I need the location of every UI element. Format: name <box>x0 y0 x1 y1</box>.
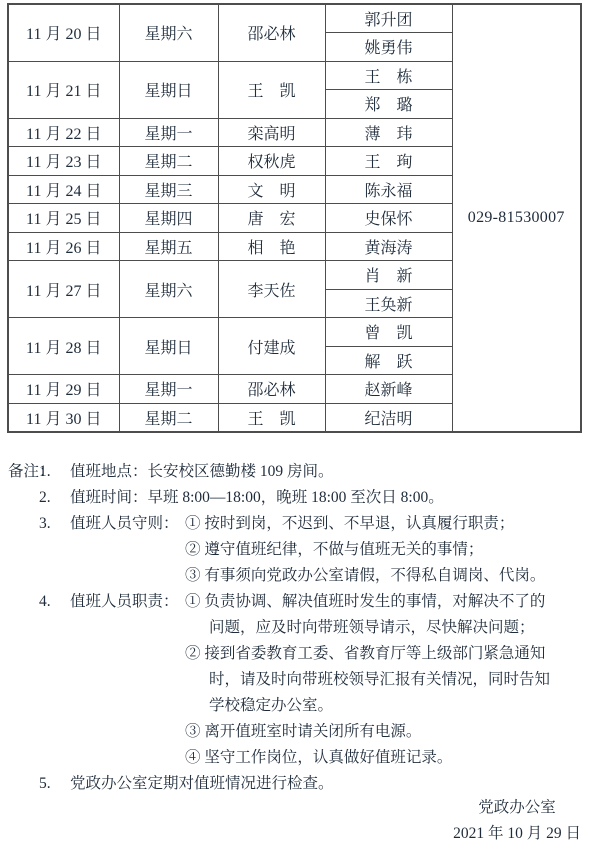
cell-date: 11 月 30 日 <box>8 403 119 432</box>
note-bullets: ① 按时到岗，不迟到、不早退，认真履行职责； ② 遵守值班纪律，不做与值班无关的… <box>185 511 557 589</box>
cell-duty-member: 纪洁明 <box>325 403 452 432</box>
cell-weekday: 星期六 <box>119 261 218 318</box>
bullet-item: ② 遵守值班纪律，不做与值班无关的事情； <box>185 537 557 563</box>
cell-weekday: 星期一 <box>119 375 218 404</box>
cell-date: 11 月 27 日 <box>8 261 119 318</box>
signature-date: 2021 年 10 月 29 日 <box>453 821 581 847</box>
cell-duty-leader: 邵必林 <box>218 375 325 404</box>
cell-duty-member: 曾 凯 <box>325 318 452 347</box>
cell-date: 11 月 21 日 <box>8 61 119 118</box>
note-number: 2. <box>39 485 70 511</box>
cell-duty-member: 姚勇伟 <box>325 33 452 62</box>
note-item-time: 2. 值班时间：早班 8:00—18:00，晚班 18:00 至次日 8:00。 <box>39 485 583 511</box>
cell-date: 11 月 20 日 <box>8 4 119 61</box>
note-text: 党政办公室定期对值班情况进行检查。 <box>70 771 583 797</box>
notes-label: 备注： <box>8 459 55 485</box>
note-text: 值班地点：长安校区德勤楼 109 房间。 <box>70 459 583 485</box>
cell-duty-member: 郑 璐 <box>325 90 452 119</box>
note-item-location: 1. 值班地点：长安校区德勤楼 109 房间。 <box>39 459 583 485</box>
cell-duty-member: 史保怀 <box>325 204 452 233</box>
cell-date: 11 月 25 日 <box>8 204 119 233</box>
cell-duty-member: 王 珣 <box>325 147 452 176</box>
cell-date: 11 月 29 日 <box>8 375 119 404</box>
cell-duty-leader: 邵必林 <box>218 4 325 61</box>
note-bullets: ① 负责协调、解决值班时发生的事情，对解决不了的问题，应及时向带班领导请示，尽快… <box>185 589 557 771</box>
note-number: 5. <box>39 771 70 797</box>
cell-date: 11 月 28 日 <box>8 318 119 375</box>
cell-date: 11 月 24 日 <box>8 175 119 204</box>
bullet-item: ④ 坚守工作岗位，认真做好值班记录。 <box>185 745 557 771</box>
duty-roster-page: 11 月 20 日 星期六 邵必林 郭升团 029-81530007 姚勇伟 1… <box>0 0 593 848</box>
cell-duty-member: 赵新峰 <box>325 375 452 404</box>
cell-weekday: 星期二 <box>119 403 218 432</box>
note-body: 值班人员守则： ① 按时到岗，不迟到、不早退，认真履行职责； ② 遵守值班纪律，… <box>70 511 583 589</box>
cell-duty-leader: 王 凯 <box>218 403 325 432</box>
cell-duty-leader: 文 明 <box>218 175 325 204</box>
cell-duty-leader: 付建成 <box>218 318 325 375</box>
cell-weekday: 星期二 <box>119 147 218 176</box>
cell-weekday: 星期四 <box>119 204 218 233</box>
signature-org: 党政办公室 <box>453 795 581 821</box>
note-label: 值班人员守则： <box>70 511 185 537</box>
cell-weekday: 星期五 <box>119 232 218 261</box>
signature-block: 党政办公室 2021 年 10 月 29 日 <box>453 795 581 847</box>
notes-list: 1. 值班地点：长安校区德勤楼 109 房间。 2. 值班时间：早班 8:00—… <box>39 459 583 797</box>
bullet-item: ② 接到省委教育工委、省教育厅等上级部门紧急通知时，请及时向带班校领导汇报有关情… <box>185 641 557 719</box>
bullet-item: ① 按时到岗，不迟到、不早退，认真履行职责； <box>185 511 557 537</box>
table-row: 11 月 20 日 星期六 邵必林 郭升团 029-81530007 <box>8 4 581 33</box>
cell-duty-member: 黄海涛 <box>325 232 452 261</box>
cell-duty-leader: 相 艳 <box>218 232 325 261</box>
cell-weekday: 星期日 <box>119 318 218 375</box>
note-number: 3. <box>39 511 70 537</box>
note-item-rules: 3. 值班人员守则： ① 按时到岗，不迟到、不早退，认真履行职责； ② 遵守值班… <box>39 511 583 589</box>
cell-weekday: 星期六 <box>119 4 218 61</box>
cell-weekday: 星期日 <box>119 61 218 118</box>
cell-date: 11 月 26 日 <box>8 232 119 261</box>
note-label: 值班人员职责： <box>70 589 185 615</box>
cell-duty-leader: 栾高明 <box>218 118 325 147</box>
cell-duty-member: 王奂新 <box>325 289 452 318</box>
cell-date: 11 月 22 日 <box>8 118 119 147</box>
note-number: 4. <box>39 589 70 615</box>
bullet-item: ① 负责协调、解决值班时发生的事情，对解决不了的问题，应及时向带班领导请示，尽快… <box>185 589 557 641</box>
bullet-item: ③ 有事须向党政办公室请假，不得私自调岗、代岗。 <box>185 563 557 589</box>
duty-roster-table: 11 月 20 日 星期六 邵必林 郭升团 029-81530007 姚勇伟 1… <box>7 3 582 433</box>
cell-date: 11 月 23 日 <box>8 147 119 176</box>
cell-weekday: 星期三 <box>119 175 218 204</box>
cell-duty-member: 王 栋 <box>325 61 452 90</box>
cell-duty-leader: 权秋虎 <box>218 147 325 176</box>
note-item-inspection: 5. 党政办公室定期对值班情况进行检查。 <box>39 771 583 797</box>
cell-duty-member: 郭升团 <box>325 4 452 33</box>
cell-duty-member: 陈永福 <box>325 175 452 204</box>
cell-duty-member: 薄 玮 <box>325 118 452 147</box>
cell-duty-member: 解 跃 <box>325 346 452 375</box>
cell-duty-leader: 李天佐 <box>218 261 325 318</box>
notes-section: 备注： 1. 值班地点：长安校区德勤楼 109 房间。 2. 值班时间：早班 8… <box>8 459 583 797</box>
note-text: 值班时间：早班 8:00—18:00，晚班 18:00 至次日 8:00。 <box>70 485 583 511</box>
cell-duty-leader: 唐 宏 <box>218 204 325 233</box>
cell-duty-leader: 王 凯 <box>218 61 325 118</box>
cell-duty-member: 肖 新 <box>325 261 452 290</box>
note-body: 值班人员职责： ① 负责协调、解决值班时发生的事情，对解决不了的问题，应及时向带… <box>70 589 583 771</box>
cell-phone-number: 029-81530007 <box>452 4 581 432</box>
note-item-duties: 4. 值班人员职责： ① 负责协调、解决值班时发生的事情，对解决不了的问题，应及… <box>39 589 583 771</box>
bullet-item: ③ 离开值班室时请关闭所有电源。 <box>185 719 557 745</box>
cell-weekday: 星期一 <box>119 118 218 147</box>
